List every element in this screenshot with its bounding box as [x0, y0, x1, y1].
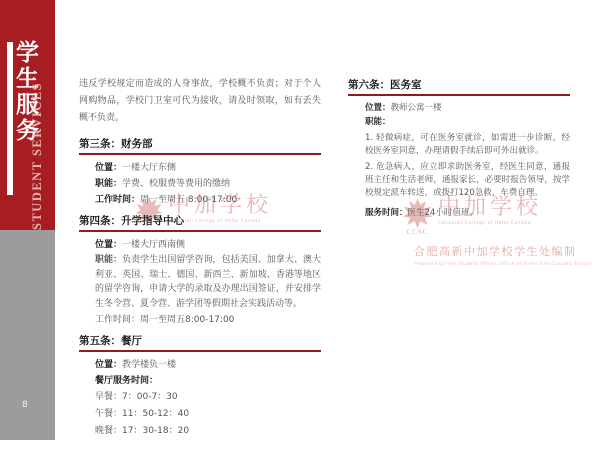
row-text: 医生24小时值班。 [408, 208, 478, 218]
row-text: 教师公寓一楼 [391, 103, 442, 113]
section-dining-hall: 第五条：餐厅 位置：教学楼负一楼 餐厅服务时间： 早餐：7：00-7：30 午餐… [79, 336, 321, 440]
row-label: 服务时间： [365, 208, 408, 218]
section-guidance-heading: 第四条：升学指导中心 [79, 216, 321, 232]
meal-dinner: 晚餐：17：30-18：20 [95, 423, 321, 440]
row-text: 一楼大厅西南侧 [122, 240, 185, 250]
row-label: 职能： [95, 179, 122, 189]
watermark-footer: 合肥高新中加学校学生处编制 Prepared by the Student Af… [414, 243, 591, 267]
row-location: 位置：一楼大厅东侧 [95, 160, 321, 176]
watermark-school-caption: Canadian College of Hefei Canada [438, 221, 542, 226]
right-column: 第六条：医务室 位置：教师公寓一楼 职能： 1. 轻微病症，可在医务室就诊，如需… [348, 80, 570, 220]
page-number: 8 [22, 400, 28, 410]
sidebar-title-english: STUDENT SERVICES [31, 48, 44, 230]
row-working-hours: 工作时间：周一至周五8:00-17:00 [95, 312, 321, 328]
dining-service-hours-title: 餐厅服务时间： [95, 373, 321, 389]
meal-label: 晚餐： [95, 426, 122, 436]
section-finance: 第三条：财务部 位置：一楼大厅东侧 职能：学费、校服费等费用的缴纳 工作时间：周… [79, 139, 321, 208]
row-text: 教学楼负一楼 [122, 360, 176, 370]
meal-lunch: 午餐：11：50-12：40 [95, 406, 321, 423]
meal-breakfast: 早餐：7：00-7：30 [95, 389, 321, 406]
section-guidance-center: 第四条：升学指导中心 位置：一楼大厅西南侧 职能：负责学生出国留学咨询，包括美国… [79, 216, 321, 328]
row-label: 位置： [95, 163, 122, 173]
watermark-logo-caption: CCSC [407, 228, 429, 236]
sidebar-gray-block: 8 [0, 230, 55, 440]
meal-time: 7：00-7：30 [122, 392, 178, 402]
row-label: 职能： [95, 255, 122, 265]
row-label: 位置： [95, 360, 122, 370]
row-label: 工作时间： [95, 195, 140, 205]
row-function: 职能：学费、校服费等费用的缴纳 [95, 176, 321, 192]
row-location: 位置：一楼大厅西南侧 [95, 237, 321, 253]
watermark-footer-english: Prepared by the Student Affairs Office o… [414, 262, 591, 267]
meal-time: 11：50-12：40 [122, 409, 189, 419]
intro-paragraph: 违反学校规定而造成的人身事故，学校概不负责；对于个人网购物品，学校门卫室可代为接… [79, 76, 321, 127]
row-service-hours: 服务时间：医生24小时值班。 [365, 206, 570, 220]
section-medical-room: 第六条：医务室 位置：教师公寓一楼 职能： 1. 轻微病症，可在医务室就诊，如需… [348, 80, 570, 220]
left-column: 违反学校规定而造成的人身事故，学校概不负责；对于个人网购物品，学校门卫室可代为接… [79, 76, 321, 440]
row-label: 位置： [365, 103, 391, 113]
row-text: 一楼大厅东侧 [122, 163, 176, 173]
row-text: 学费、校服费等费用的缴纳 [122, 179, 230, 189]
row-text: 负责学生出国留学咨询，包括美国、加拿大、澳大利亚、英国、瑞士、德国、新西兰、新加… [95, 255, 321, 309]
row-text: 周一至周五 8:00-17:00 [140, 195, 237, 205]
section-dining-heading: 第五条：餐厅 [79, 336, 321, 352]
medical-duty-title: 职能： [365, 115, 570, 129]
section-finance-heading: 第三条：财务部 [79, 139, 321, 155]
section-medical-rows: 位置：教师公寓一楼 职能： 1. 轻微病症，可在医务室就诊，如需进一步诊断，经校… [365, 101, 570, 220]
meal-label: 午餐： [95, 409, 122, 419]
section-medical-heading: 第六条：医务室 [348, 80, 570, 96]
row-label: 位置： [95, 240, 122, 250]
section-dining-rows: 位置：教学楼负一楼 餐厅服务时间： 早餐：7：00-7：30 午餐：11：50-… [95, 357, 321, 440]
meal-label: 早餐： [95, 392, 122, 402]
meal-time: 17：30-18：20 [122, 426, 189, 436]
row-location: 位置：教学楼负一楼 [95, 357, 321, 373]
medical-item-2: 2. 危急病人，应立即求助医务室，经医生同意，通报班主任和生活老师，通报家长，必… [365, 161, 570, 200]
watermark-footer-chinese: 合肥高新中加学校学生处编制 [414, 243, 591, 259]
row-function: 职能：负责学生出国留学咨询，包括美国、加拿大、澳大利亚、英国、瑞士、德国、新西兰… [95, 253, 321, 311]
row-location: 位置：教师公寓一楼 [365, 101, 570, 115]
section-guidance-rows: 位置：一楼大厅西南侧 职能：负责学生出国留学咨询，包括美国、加拿大、澳大利亚、英… [95, 237, 321, 328]
medical-item-1: 1. 轻微病症，可在医务室就诊，如需进一步诊断，经校医务室同意，办理请假手续后即… [365, 132, 570, 158]
section-finance-rows: 位置：一楼大厅东侧 职能：学费、校服费等费用的缴纳 工作时间：周一至周五 8:0… [95, 160, 321, 208]
row-working-hours: 工作时间：周一至周五 8:00-17:00 [95, 192, 321, 208]
